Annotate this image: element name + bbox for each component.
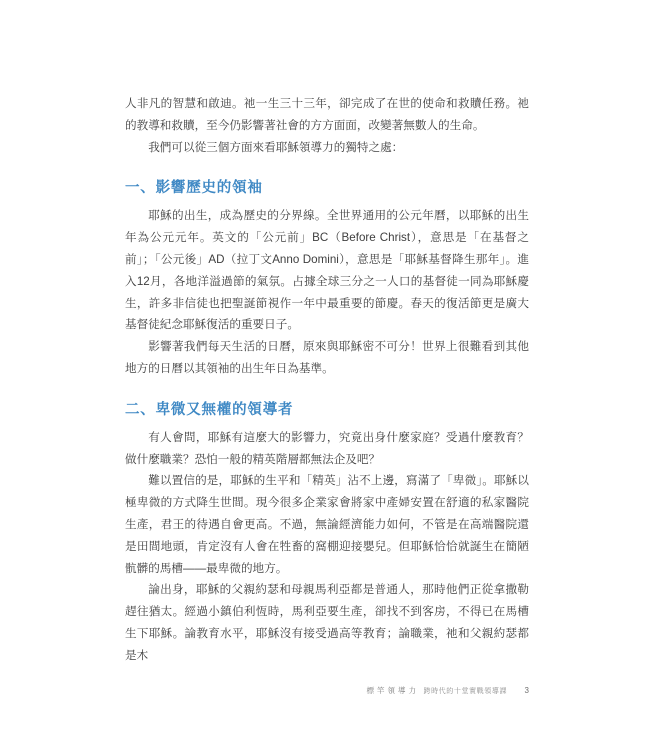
running-head-book-subtitle: 跨時代的十堂實戰領導課	[423, 688, 507, 695]
book-page: 人非凡的智慧和啟迪。祂一生三十三年，卻完成了在世的使命和救贖任務。祂的教導和救贖…	[0, 0, 650, 750]
paragraph-section1-b: 影響著我們每天生活的日曆，原來與耶穌密不可分！世界上很難看到其他地方的日曆以其領…	[125, 336, 529, 380]
paragraph-section2-a: 有人會問，耶穌有這麼大的影響力，究竟出身什麼家庭？受過什麼教育？做什麼職業？恐怕…	[125, 427, 529, 471]
page-footer: 標竿領導力 跨時代的十堂實戰領導課 3	[125, 680, 529, 698]
paragraph-section2-b: 難以置信的是，耶穌的生平和「精英」沾不上邊，寫滿了「卑微」。耶穌以極卑微的方式降…	[125, 470, 529, 579]
paragraph-section2-c: 論出身，耶穌的父親約瑟和母親馬利亞都是普通人，那時他們正從拿撒勒趕往猶太。經過小…	[125, 579, 529, 666]
paragraph-section1-a: 耶穌的出生，成為歷史的分界線。全世界通用的公元年曆，以耶穌的出生年為公元元年。英…	[125, 205, 529, 336]
running-head-book-title: 標竿領導力	[367, 686, 420, 695]
page-number: 3	[525, 686, 529, 695]
paragraph-continuation: 人非凡的智慧和啟迪。祂一生三十三年，卻完成了在世的使命和救贖任務。祂的教導和救贖…	[125, 93, 529, 137]
section-heading-2: 二、卑微又無權的領導者	[125, 399, 529, 421]
page-body: 人非凡的智慧和啟迪。祂一生三十三年，卻完成了在世的使命和救贖任務。祂的教導和救贖…	[125, 93, 529, 667]
paragraph-intro: 我們可以從三個方面來看耶穌領導力的獨特之處：	[125, 137, 529, 159]
section-heading-1: 一、影響歷史的領袖	[125, 177, 529, 199]
